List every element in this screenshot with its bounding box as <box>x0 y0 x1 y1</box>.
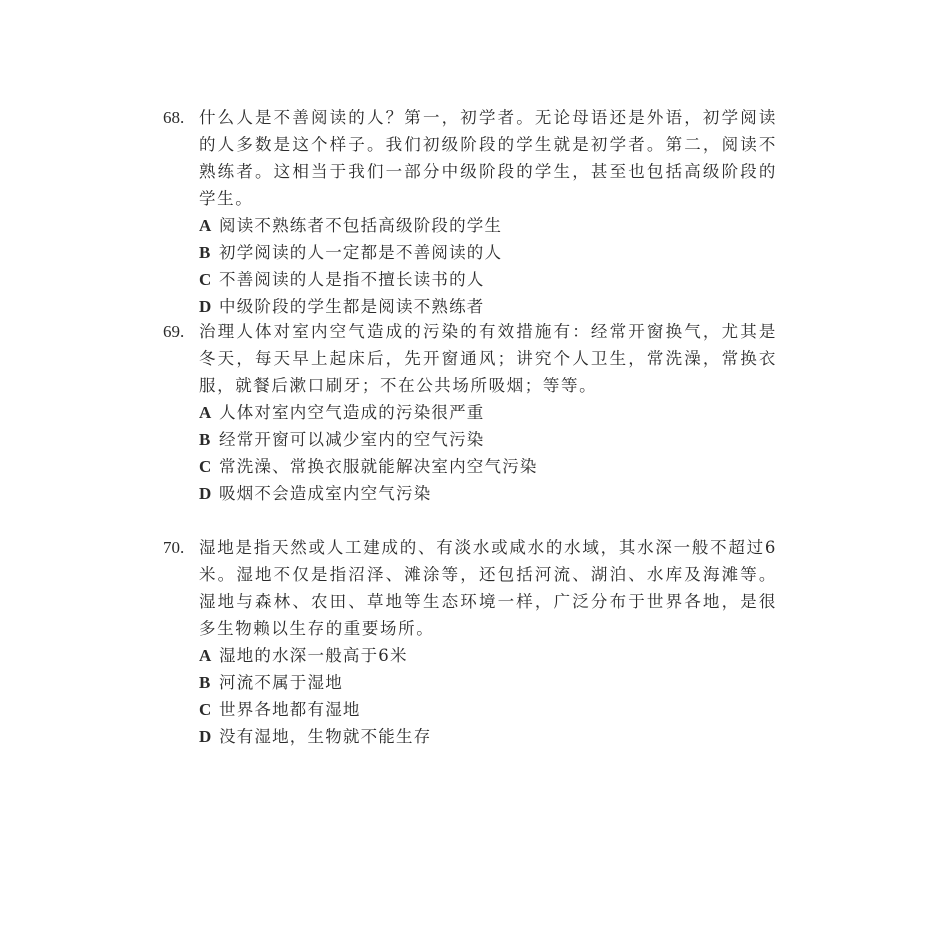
question-number: 70. <box>163 534 184 561</box>
option-letter: D <box>199 480 219 507</box>
option-d[interactable]: D 没有湿地，生物就不能生存 <box>199 723 783 750</box>
option-text: 吸烟不会造成室内空气污染 <box>219 480 431 507</box>
option-a[interactable]: A 阅读不熟练者不包括高级阶段的学生 <box>199 212 783 239</box>
option-c[interactable]: C 世界各地都有湿地 <box>199 696 783 723</box>
option-letter: A <box>199 642 219 669</box>
option-letter: B <box>199 426 219 453</box>
option-letter: B <box>199 669 219 696</box>
question-stem: 湿地是指天然或人工建成的、有淡水或咸水的水域，其水深一般不超过6米。湿地不仅是指… <box>199 534 777 642</box>
question-70: 70. 湿地是指天然或人工建成的、有淡水或咸水的水域，其水深一般不超过6米。湿地… <box>163 534 783 750</box>
question-69: 69. 治理人体对室内空气造成的污染的有效措施有：经常开窗换气，尤其是冬天，每天… <box>163 318 783 507</box>
question-stem: 治理人体对室内空气造成的污染的有效措施有：经常开窗换气，尤其是冬天，每天早上起床… <box>199 318 777 399</box>
option-letter: D <box>199 293 219 320</box>
question-68: 68. 什么人是不善阅读的人？第一，初学者。无论母语还是外语，初学阅读的人多数是… <box>163 104 783 320</box>
answer-options: A 阅读不熟练者不包括高级阶段的学生 B 初学阅读的人一定都是不善阅读的人 C … <box>199 212 783 320</box>
option-letter: C <box>199 266 219 293</box>
option-text: 没有湿地，生物就不能生存 <box>219 723 431 750</box>
option-letter: A <box>199 399 219 426</box>
option-text: 人体对室内空气造成的污染很严重 <box>219 399 485 426</box>
option-letter: A <box>199 212 219 239</box>
exam-page: 68. 什么人是不善阅读的人？第一，初学者。无论母语还是外语，初学阅读的人多数是… <box>0 0 927 927</box>
option-letter: D <box>199 723 219 750</box>
option-b[interactable]: B 经常开窗可以减少室内的空气污染 <box>199 426 783 453</box>
option-b[interactable]: B 初学阅读的人一定都是不善阅读的人 <box>199 239 783 266</box>
option-letter: C <box>199 696 219 723</box>
option-c[interactable]: C 常洗澡、常换衣服就能解决室内空气污染 <box>199 453 783 480</box>
option-letter: C <box>199 453 219 480</box>
answer-options: A 湿地的水深一般高于6米 B 河流不属于湿地 C 世界各地都有湿地 D 没有湿… <box>199 642 783 750</box>
option-text: 中级阶段的学生都是阅读不熟练者 <box>219 293 485 320</box>
question-number: 68. <box>163 104 184 131</box>
option-text: 不善阅读的人是指不擅长读书的人 <box>219 266 485 293</box>
option-text: 湿地的水深一般高于6米 <box>219 642 408 669</box>
option-text: 常洗澡、常换衣服就能解决室内空气污染 <box>219 453 538 480</box>
option-a[interactable]: A 湿地的水深一般高于6米 <box>199 642 783 669</box>
option-text: 阅读不熟练者不包括高级阶段的学生 <box>219 212 502 239</box>
option-text: 河流不属于湿地 <box>219 669 343 696</box>
option-a[interactable]: A 人体对室内空气造成的污染很严重 <box>199 399 783 426</box>
option-d[interactable]: D 中级阶段的学生都是阅读不熟练者 <box>199 293 783 320</box>
option-letter: B <box>199 239 219 266</box>
option-text: 世界各地都有湿地 <box>219 696 361 723</box>
option-text: 初学阅读的人一定都是不善阅读的人 <box>219 239 502 266</box>
option-d[interactable]: D 吸烟不会造成室内空气污染 <box>199 480 783 507</box>
answer-options: A 人体对室内空气造成的污染很严重 B 经常开窗可以减少室内的空气污染 C 常洗… <box>199 399 783 507</box>
option-c[interactable]: C 不善阅读的人是指不擅长读书的人 <box>199 266 783 293</box>
question-number: 69. <box>163 318 184 345</box>
question-stem: 什么人是不善阅读的人？第一，初学者。无论母语还是外语，初学阅读的人多数是这个样子… <box>199 104 777 212</box>
option-text: 经常开窗可以减少室内的空气污染 <box>219 426 485 453</box>
option-b[interactable]: B 河流不属于湿地 <box>199 669 783 696</box>
